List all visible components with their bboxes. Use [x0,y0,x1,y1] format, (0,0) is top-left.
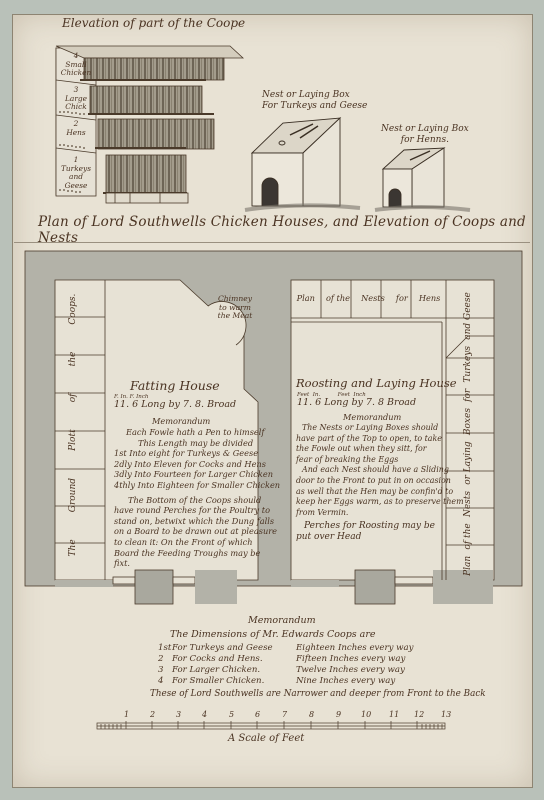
nests-for-turkeys-label: and Geese Turkeys for Boxes or Laying Ne… [463,289,477,579]
coop-dimension-row: 3 For Larger Chicken. Twelve Inches ever… [158,665,414,676]
coop-dimensions-table: 1st For Turkeys and Geese Eighteen Inche… [158,643,414,687]
bottom-memo-closing: These of Lord Southwells are Narrower an… [150,689,486,699]
roosting-house-title: Roosting and Laying House [296,376,457,390]
nest-small-caption: Nest or Laying Box for Henns. [381,124,469,146]
bottom-memo-heading: Memorandum [248,615,316,626]
roosting-memo-heading: Memorandum [343,412,401,423]
ground-plan [25,251,522,604]
fatting-memo-heading: Memorandum [152,416,210,427]
coop-dimension-row: 1st For Turkeys and Geese Eighteen Inche… [158,643,414,654]
nest-box-small [375,148,470,210]
roosting-house-dimensions: 11. 6 Long by 7. 8 Broad [297,397,416,408]
coop-dimension-row: 4 For Smaller Chicken. Nine Inches every… [158,676,414,687]
nest-large-caption: Nest or Laying Box For Turkeys and Geese [262,90,367,112]
scale-bar [97,721,445,729]
coop-dimension-row: 2 For Cocks and Hens. Fifteen Inches eve… [158,654,414,665]
fatting-house-title: Fatting House [130,378,220,393]
title-divider [14,242,530,243]
scale-caption: A Scale of Feet [228,733,304,744]
nests-for-hens-label: Plan of the Nests for Hens [291,293,446,303]
nest-box-large [245,118,360,210]
roosting-memo: The Nests or Laying Boxes should have pa… [296,423,442,543]
tier-1-label: 1Turkeys and Geese [58,156,94,190]
tier-4-label: 4Small Chicken [58,52,94,78]
fatting-memo: Each Fowle hath a Pen to himself This Le… [114,427,260,569]
fatting-house-dimensions: 11. 6 Long by 7. 8. Broad [114,399,236,410]
tier-3-label: 3Large Chick [58,86,94,112]
chimney-label: Chimney to warm the Meat [212,295,258,321]
scale-tick-labels: 1 2 3 4 5 6 7 8 9 10 11 12 13 [0,710,544,722]
bottom-memo-intro: The Dimensions of Mr. Edwards Coops are [170,629,376,640]
tier-2-label: 2Hens [58,120,94,137]
coops-ground-plot-label: The Ground Plott of the Coops. [68,280,82,570]
